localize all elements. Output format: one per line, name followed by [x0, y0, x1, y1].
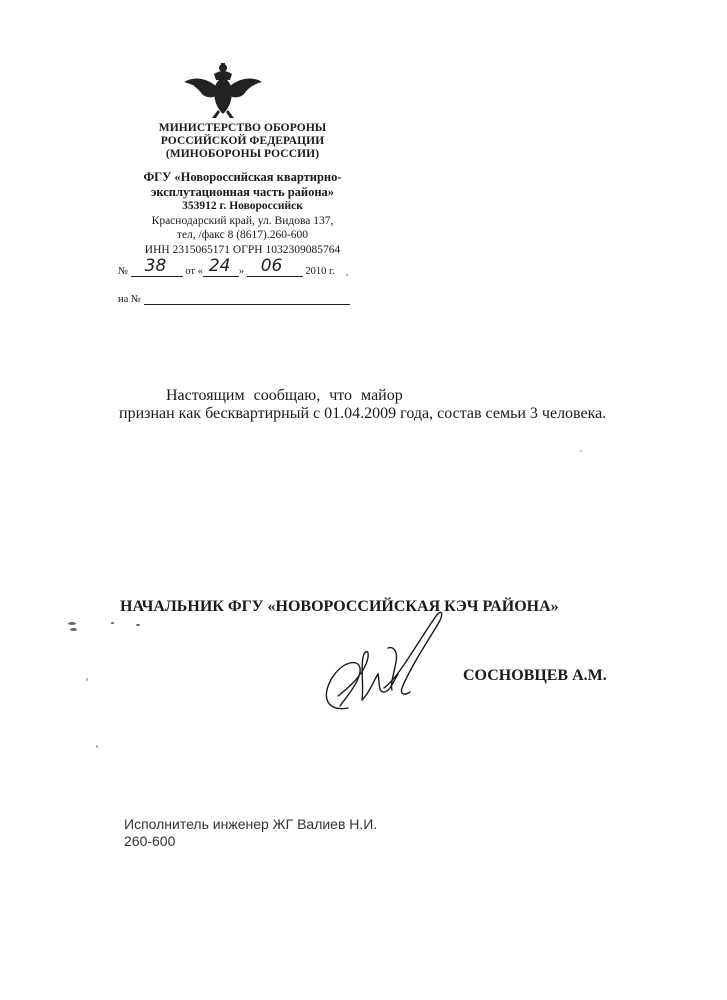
handwritten-day: 24 [209, 256, 231, 276]
executor-name: Исполнитель инженер ЖГ Валиев Н.И. [124, 816, 377, 833]
org-name-line-2: эксплутационная часть района» [100, 185, 385, 200]
signer-name: СОСНОВЦЕВ А.М. [463, 667, 607, 685]
scan-artifact [136, 624, 140, 626]
executor-phone: 260-600 [124, 833, 377, 850]
scan-artifact [68, 622, 76, 625]
handwritten-number: 38 [145, 256, 167, 276]
organization-details: ФГУ «Новороссийская квартирно- эксплутац… [100, 170, 385, 257]
from-label: от « [185, 266, 203, 277]
number-label: № [118, 266, 128, 277]
reply-to-field [144, 292, 350, 305]
scan-artifact [86, 678, 88, 681]
scan-artifact [111, 622, 114, 624]
ministry-name: МИНИСТЕРСТВО ОБОРОНЫ РОССИЙСКОЙ ФЕДЕРАЦИ… [100, 122, 385, 161]
scan-artifact [96, 745, 98, 748]
double-headed-eagle-emblem-icon [178, 60, 268, 120]
handwritten-signature-icon [318, 608, 468, 718]
scan-artifact [346, 274, 348, 276]
handwritten-month: 06 [261, 256, 283, 276]
reply-to-line: на № [118, 292, 350, 305]
body-line-2: признан как бесквартирный с 01.04.2009 г… [119, 405, 606, 423]
number-field: 38 [131, 264, 183, 277]
executor-info: Исполнитель инженер ЖГ Валиев Н.И. 260-6… [124, 816, 377, 850]
year-label: 2010 г. [305, 266, 334, 277]
ministry-line-3: (МИНОБОРОНЫ РОССИИ) [100, 148, 385, 161]
day-close-quote: » [239, 266, 244, 277]
reply-to-label: на № [118, 294, 141, 305]
ministry-line-1: МИНИСТЕРСТВО ОБОРОНЫ [100, 122, 385, 135]
org-name-line-1: ФГУ «Новороссийская квартирно- [100, 170, 385, 185]
phone-fax: тел, /факс 8 (8617).260-600 [100, 228, 385, 243]
day-field: 24 [203, 264, 239, 277]
street-address: Краснодарский край, ул. Видова 137, [100, 214, 385, 229]
body-line-1: Настоящим сообщаю, что майор [166, 387, 403, 405]
ministry-line-2: РОССИЙСКОЙ ФЕДЕРАЦИИ [100, 135, 385, 148]
tax-ids: ИНН 2315065171 ОГРН 1032309085764 [100, 243, 385, 258]
scan-artifact [580, 450, 582, 452]
month-field: 06 [247, 264, 303, 277]
scan-artifact [70, 628, 77, 631]
postal-address: 353912 г. Новороссийск [100, 199, 385, 214]
outgoing-number-line: № 38 от « 24 » 06 2010 г. [118, 264, 335, 277]
